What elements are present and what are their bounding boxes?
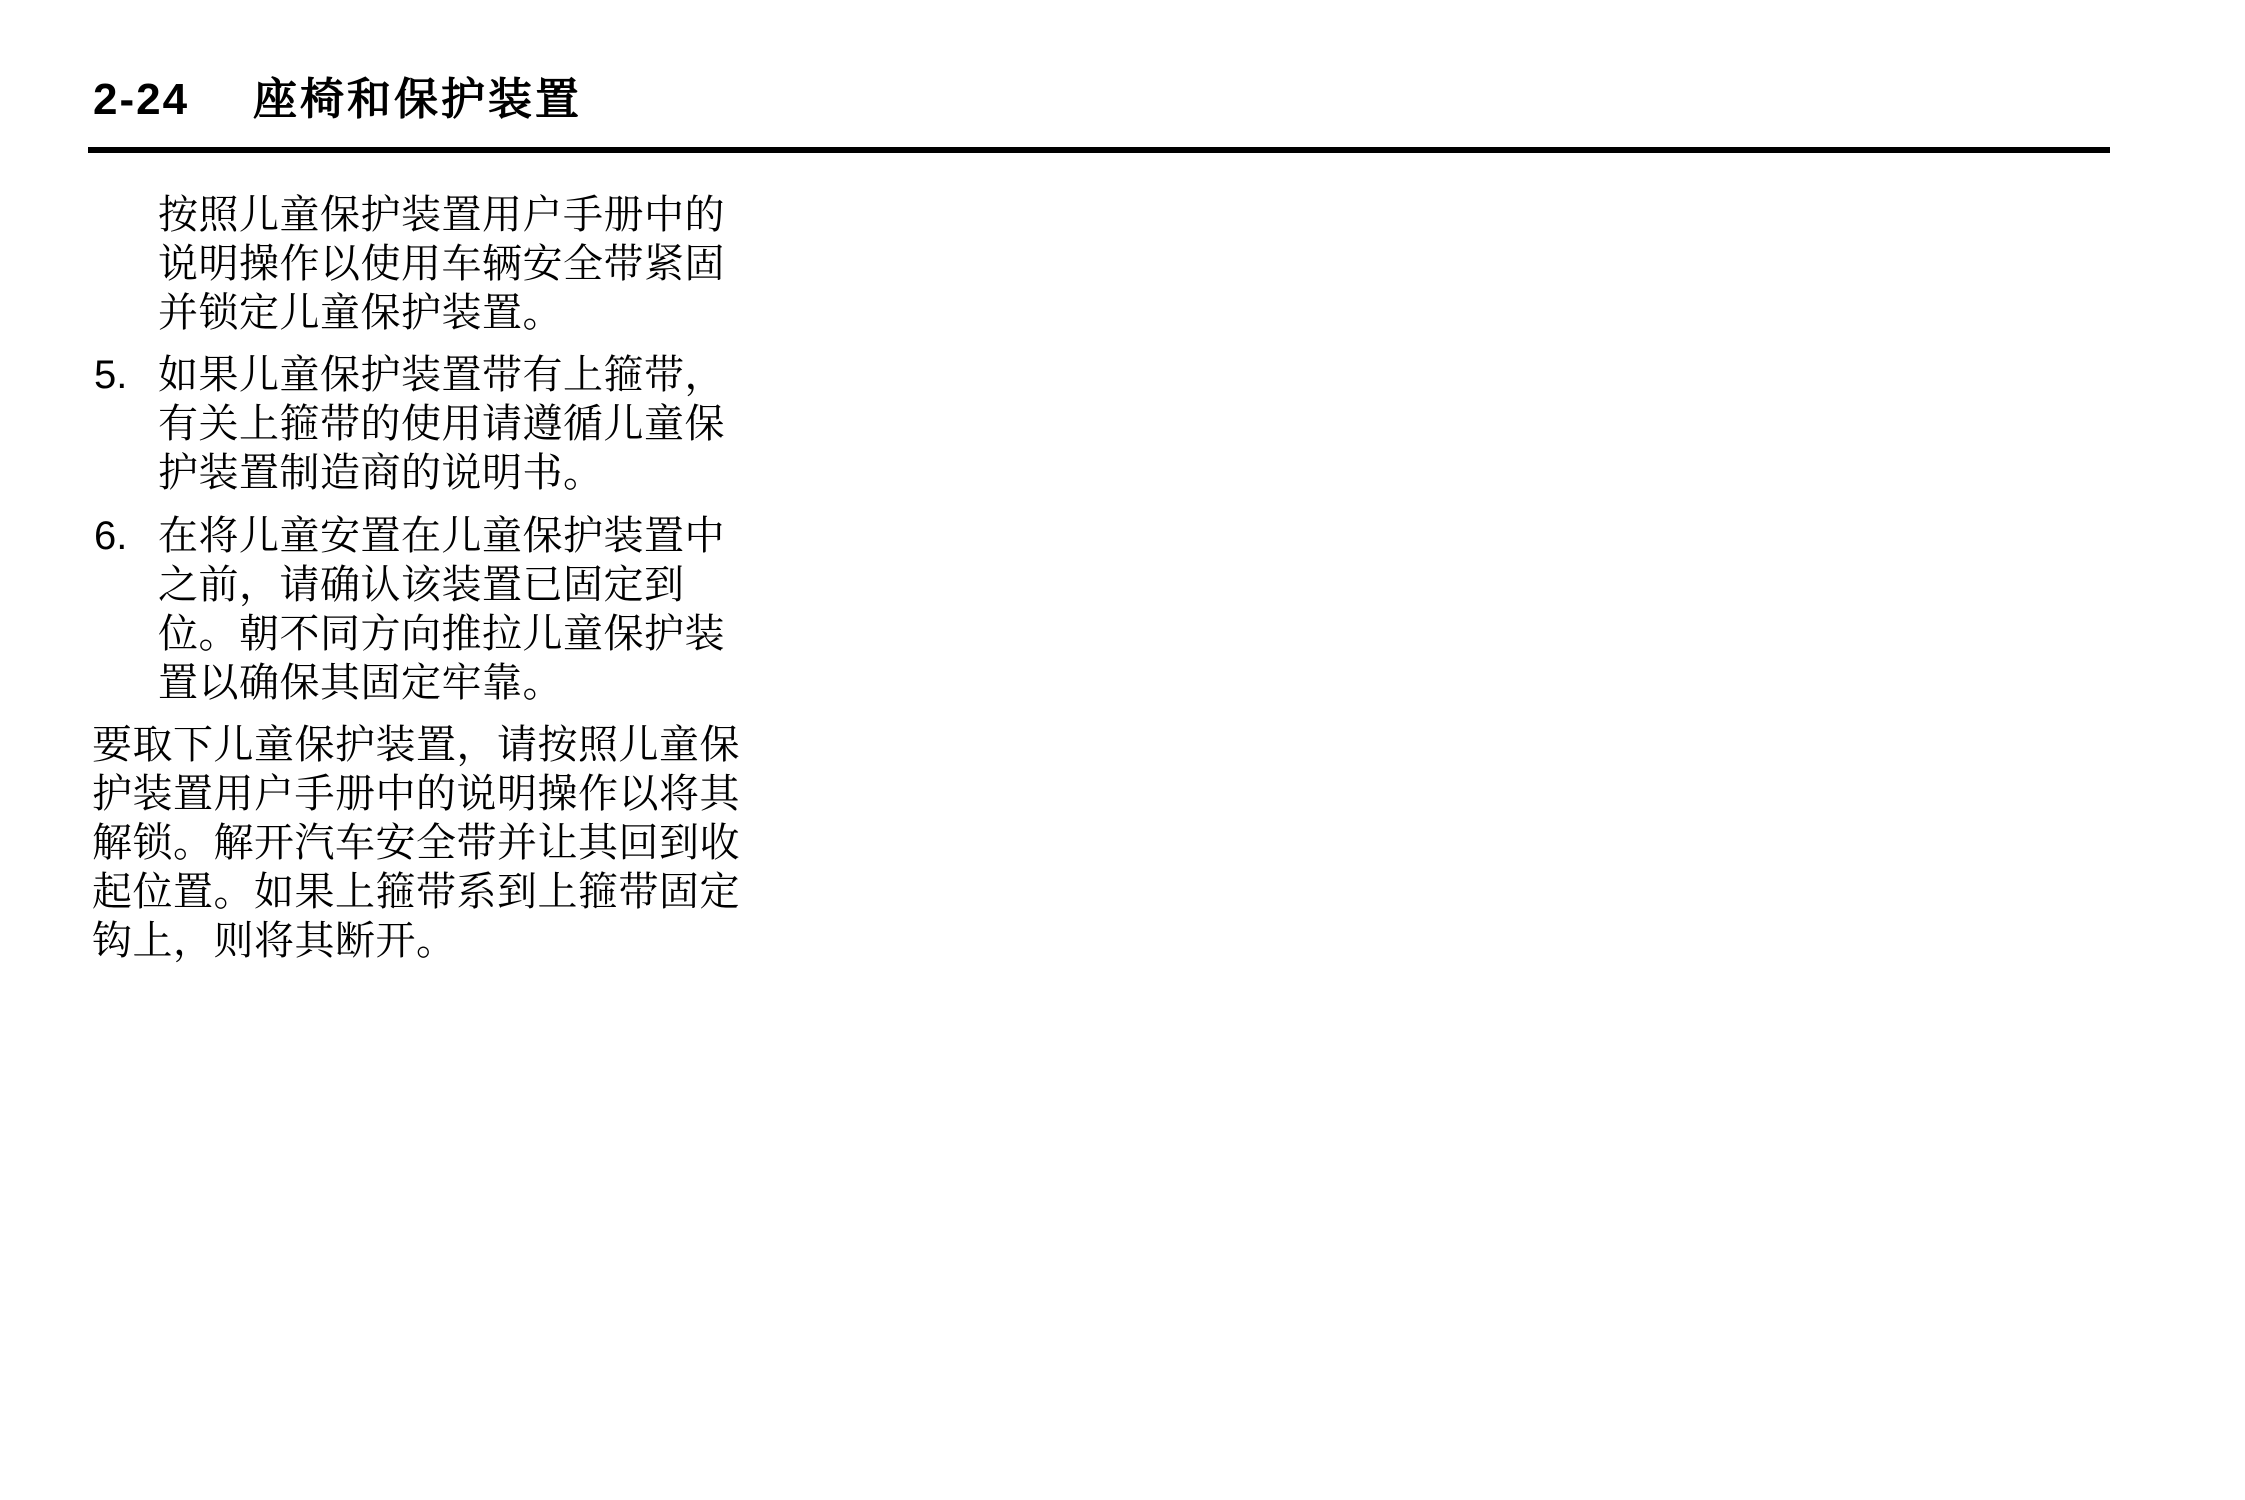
closing-paragraph: 要取下儿童保护装置，请按照儿童保护装置用户手册中的说明操作以将其解锁。解开汽车安… (92, 721, 740, 966)
step-4-continuation-paragraph: 按照儿童保护装置用户手册中的说明操作以使用车辆安全带紧固并锁定儿童保护装置。 (158, 191, 725, 338)
list-item-text: 如果儿童保护装置带有上箍带，有关上箍带的使用请遵循儿童保护装置制造商的说明书。 (158, 351, 725, 498)
list-item-number: 6. (94, 512, 127, 561)
page-header: 2-24 座椅和保护装置 (0, 76, 2245, 124)
page-title: 座椅和保护装置 (253, 76, 582, 124)
header-divider-rule (88, 147, 2110, 153)
list-item-text: 在将儿童安置在儿童保护装置中之前，请确认该装置已固定到位。朝不同方向推拉儿童保护… (158, 512, 725, 708)
manual-page: 2-24 座椅和保护装置 按照儿童保护装置用户手册中的说明操作以使用车辆安全带紧… (0, 0, 2245, 1500)
page-number: 2-24 (93, 76, 189, 124)
list-item-number: 5. (94, 351, 127, 400)
